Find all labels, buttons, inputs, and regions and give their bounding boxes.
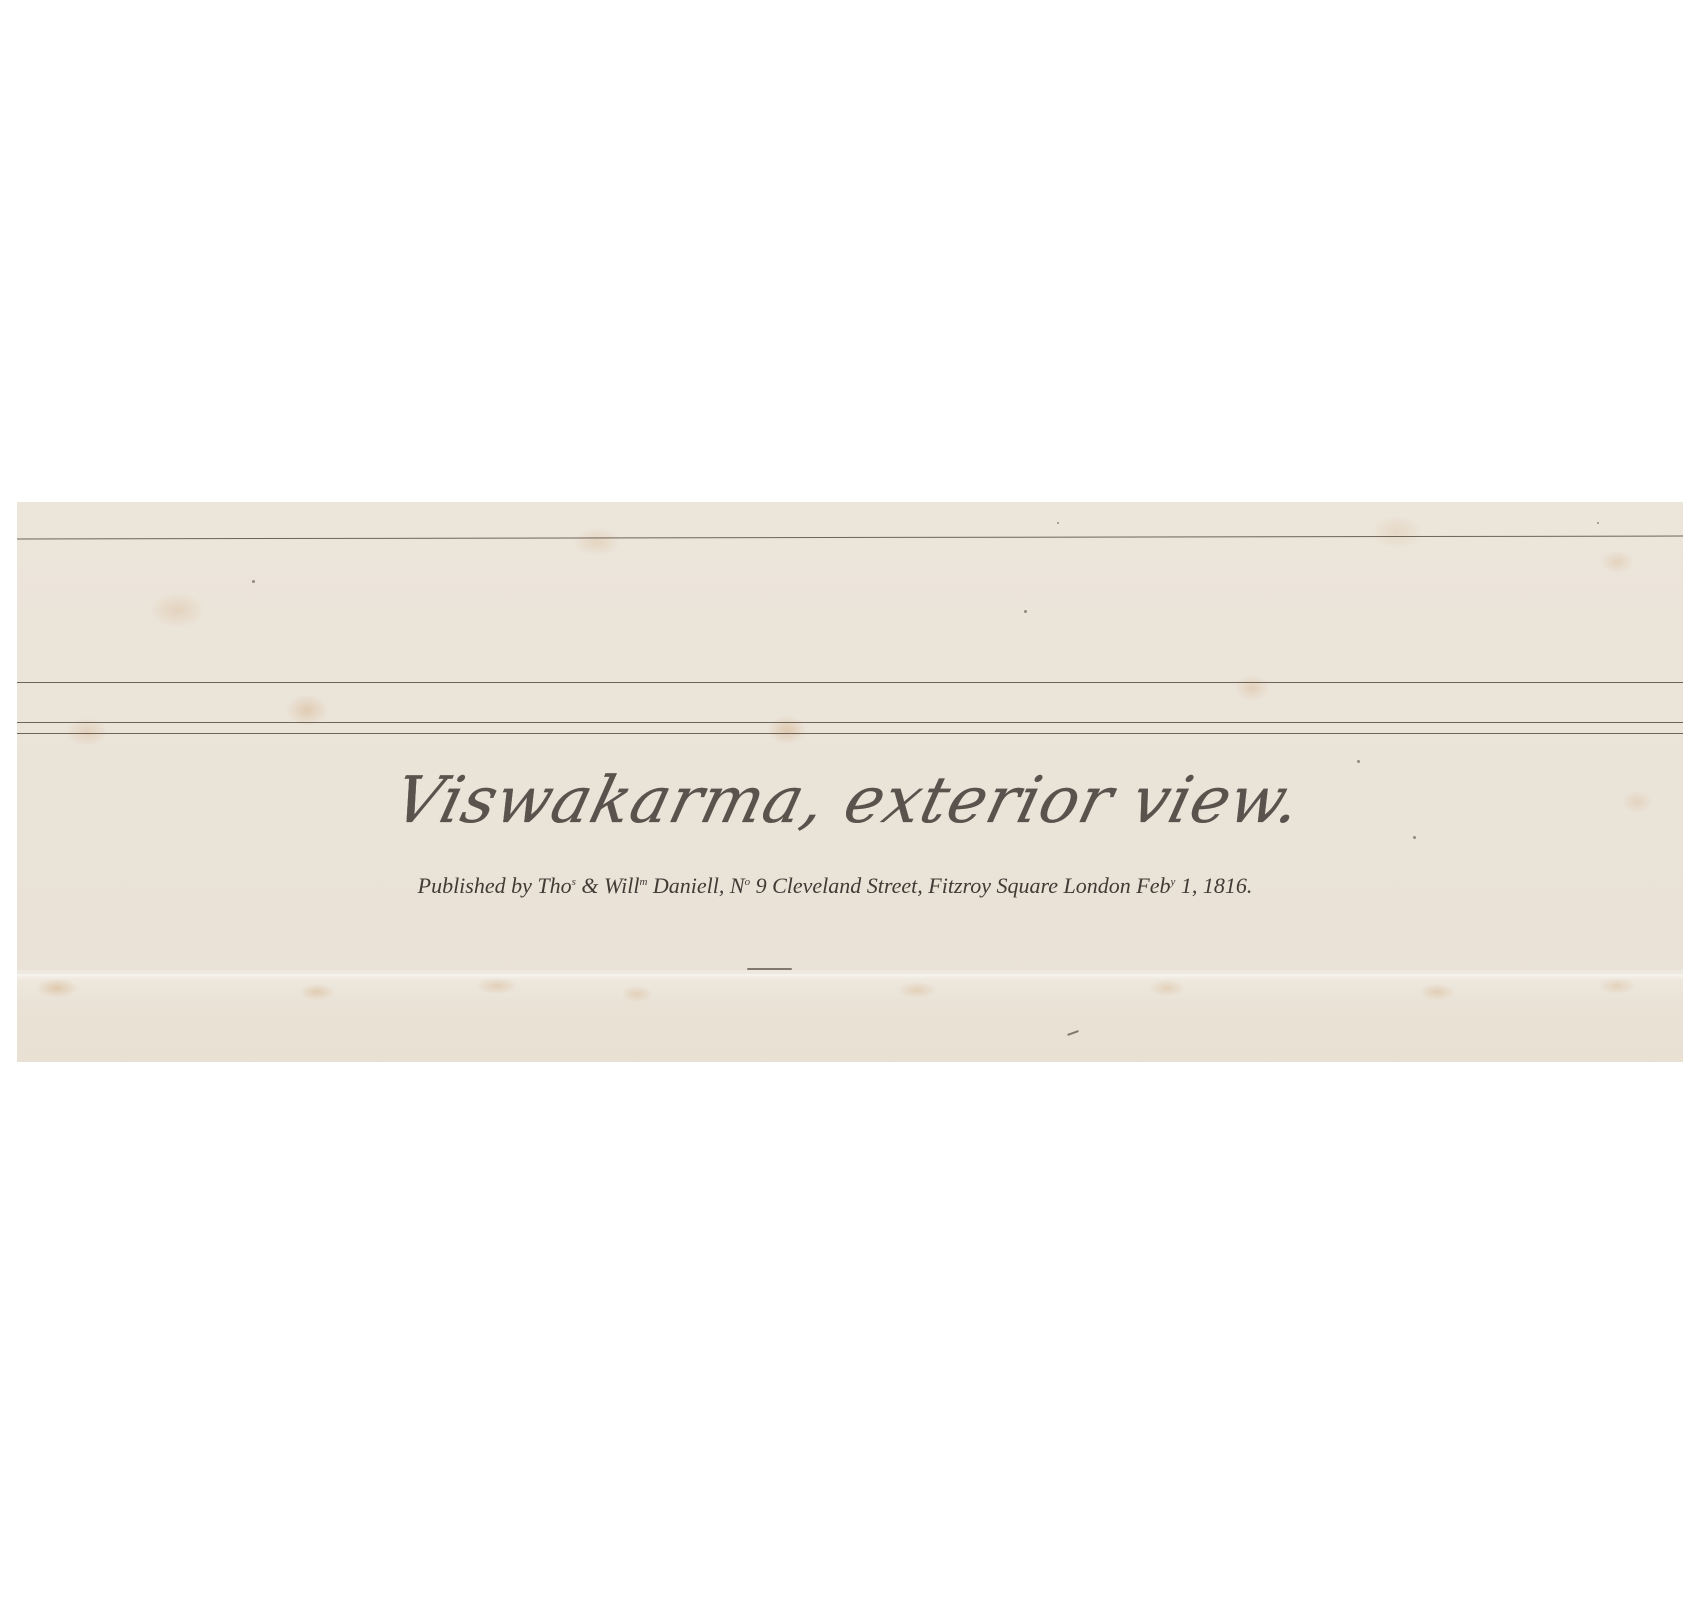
foxing-stain-band [17,970,1683,1062]
plate-title: Viswakarma, exterior view. [6,764,1690,838]
ink-speck [1057,522,1059,524]
ink-speck [1597,522,1599,524]
ruled-border-line [17,682,1683,683]
publisher-imprint: Published by Thos & Willm Daniell, No 9 … [2,873,1668,899]
ruled-border-line [17,722,1683,723]
imprint-text: 9 Cleveland Street, Fitzroy Square Londo… [750,873,1170,898]
ink-speck [252,580,255,583]
imprint-date: 1, 1816. [1175,873,1252,898]
imprint-text: Published by Tho [418,873,572,898]
ink-speck [1024,610,1027,613]
imprint-text: Daniell, N [647,873,744,898]
imprint-text: & Will [576,873,640,898]
ink-speck [1357,760,1360,763]
ink-scratch [747,968,792,970]
ruled-border-line [17,733,1683,734]
paper-sheet: Viswakarma, exterior view. Published by … [17,502,1683,1062]
ruled-border-line-top [17,536,1683,540]
plate-mark-crease [17,974,1683,980]
ink-speck [1413,836,1416,839]
